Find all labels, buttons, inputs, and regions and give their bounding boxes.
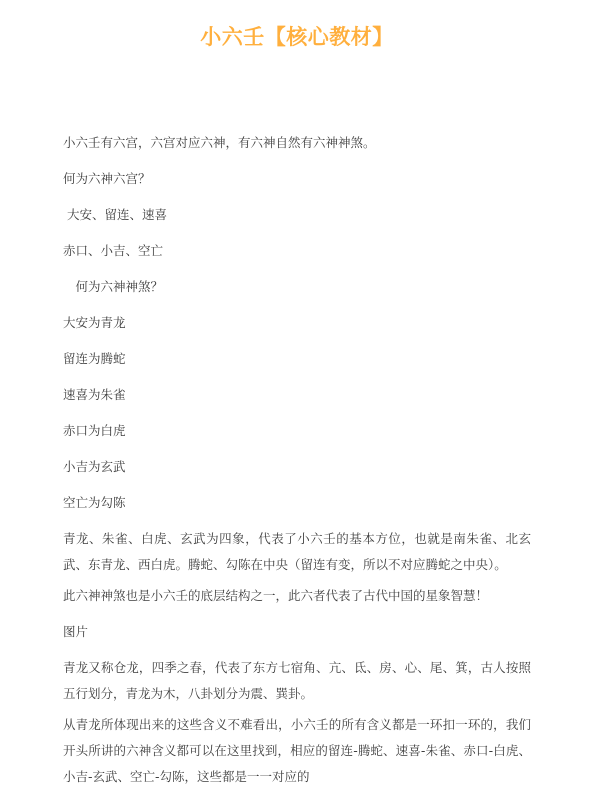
paragraph-conclusion: 从青龙所体现出来的这些含义不难看出，小六壬的所有含义都是一环扣一环的，我们开头所… (63, 712, 531, 790)
paragraph-chikou-baihu: 赤口为白虎 (63, 418, 531, 444)
paragraph-intro: 小六壬有六宫，六宫对应六神，有六神自然有六神神煞。 (63, 130, 531, 156)
paragraph-suxi-zhuque: 速喜为朱雀 (63, 382, 531, 408)
document-title: 小六壬【核心教材】 (63, 26, 531, 48)
paragraph-question-spirits: 何为六神神煞？ (63, 274, 531, 300)
paragraph-question-palaces: 何为六神六宫？ (63, 166, 531, 192)
paragraph-xiaoji-xuanwu: 小吉为玄武 (63, 454, 531, 480)
paragraph-liulian-tengshe: 留连为腾蛇 (63, 346, 531, 372)
paragraph-palaces-list-2: 赤口、小吉、空亡 (63, 238, 531, 264)
paragraph-qinglong-detail: 青龙又称仓龙，四季之春，代表了东方七宿角、亢、氐、房、心、尾、箕，古人按照五行划… (63, 655, 531, 707)
image-placeholder: 图片 (63, 619, 531, 645)
paragraph-structure: 此六神神煞也是小六壬的底层结构之一，此六者代表了古代中国的星象智慧！ (63, 583, 531, 609)
paragraph-kongwang-gouchen: 空亡为勾陈 (63, 490, 531, 516)
paragraph-four-symbols: 青龙、朱雀、白虎、玄武为四象，代表了小六壬的基本方位，也就是南朱雀、北玄武、东青… (63, 526, 531, 578)
paragraph-palaces-list-1: 大安、留连、速喜 (63, 202, 531, 228)
document-page: 小六壬【核心教材】 小六壬有六宫，六宫对应六神，有六神自然有六神神煞。 何为六神… (0, 0, 595, 792)
paragraph-daan-qinglong: 大安为青龙 (63, 310, 531, 336)
